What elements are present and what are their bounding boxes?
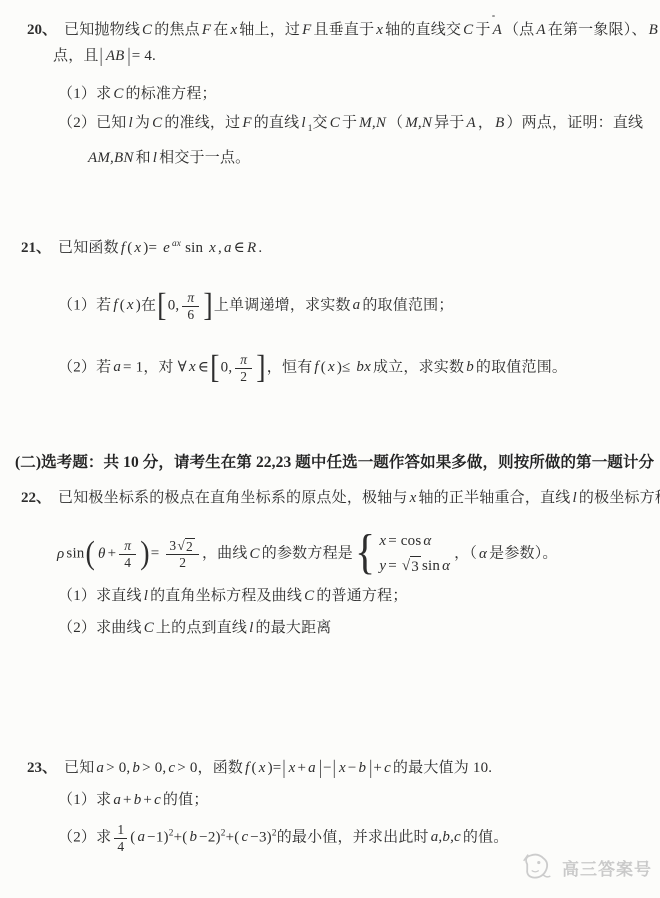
text-run: )≤: [337, 359, 355, 375]
text-run: ,: [218, 240, 222, 256]
q22-part2: （2）求曲线C上的点到直线l的最大距离: [58, 618, 332, 638]
text-run: 异于: [434, 115, 464, 131]
text-run: （1）求: [58, 792, 111, 808]
sqrt-radical: √3: [402, 556, 421, 577]
text-run: 的最大值为 10.: [393, 760, 492, 776]
text-run: 轴的正半轴重合，直线: [418, 490, 570, 506]
abs-bar: |: [282, 754, 285, 781]
math-var: b: [132, 760, 140, 776]
text-run: (: [321, 359, 326, 375]
math-var: B: [495, 115, 504, 131]
text-run: 的准线，过: [164, 115, 240, 131]
q20-stem-line1: 20、已知抛物线C的焦点F在x轴上，过F且垂直于x轴的直线交C于A（点A在第一象…: [27, 20, 660, 40]
text-run: 的取值范围；: [362, 297, 453, 313]
question-number: 20、: [27, 22, 57, 38]
math-var: θ: [98, 546, 106, 562]
q20-part1: （1）求C的标准方程；: [58, 84, 217, 104]
math-var: C: [304, 588, 314, 604]
stretch-bracket: ]: [256, 351, 266, 384]
text-run: （1）求: [58, 86, 111, 102]
q21-stem: 21、已知函数f(x)= eax sin x,a∈R.: [21, 238, 262, 258]
text-run: = cos: [388, 533, 421, 549]
text-run: (: [252, 760, 257, 776]
watermark: 高三答案号: [519, 851, 652, 883]
math-var: x: [189, 359, 196, 375]
math-var: x: [376, 22, 383, 38]
watermark-text: 高三答案号: [562, 855, 652, 880]
fraction: π2: [235, 352, 252, 384]
text-run: )在: [136, 297, 156, 313]
text-run: −3): [250, 829, 272, 845]
exam-page: 20、已知抛物线C的焦点F在x轴上，过F且垂直于x轴的直线交C于A（点A在第一象…: [0, 0, 660, 898]
text-run: ，: [478, 115, 493, 131]
text-run: 的普通方程；: [316, 588, 407, 604]
q20-stem-line2: 点，且|AB|= 4.: [53, 46, 156, 66]
math-var: a: [353, 297, 361, 313]
scan-speck: [492, 15, 495, 17]
text-run: （2）求曲线: [58, 620, 142, 636]
text-run: +: [143, 792, 152, 808]
math-var: x: [127, 297, 134, 313]
math-var: C: [142, 22, 152, 38]
math-var: AB: [106, 48, 125, 64]
text-run: ∈: [198, 359, 209, 375]
math-var: x: [134, 240, 141, 256]
text-run: 在: [213, 22, 228, 38]
math-var: A: [493, 22, 502, 38]
abs-bar: |: [369, 754, 372, 781]
text-run: 成立，求实数: [373, 359, 464, 375]
q21-part2: （2）若a= 1，对 ∀x∈[0,π2]，恒有f(x)≤ bx成立，求实数b的取…: [58, 352, 567, 384]
text-run: 轴上，过: [239, 22, 300, 38]
text-run: 的极坐标方程为: [579, 490, 660, 506]
text-run: 的取值范围。: [476, 359, 567, 375]
math-var: l: [144, 588, 148, 604]
stretch-bracket: ): [140, 538, 150, 571]
stretch-bracket: [: [210, 351, 220, 384]
fraction: π6: [182, 290, 199, 322]
abs-bar: |: [319, 754, 322, 781]
q23-part2: （2）求14(a−1)2+(b−2)2+(c−3)2的最小值，并求出此时a,b,…: [58, 822, 509, 854]
math-var: AM,BN: [88, 150, 134, 166]
text-run: =: [151, 546, 164, 562]
text-run: 的最大距离: [256, 620, 332, 636]
text-run: = 1，对 ∀: [123, 359, 187, 375]
text-run: 交: [313, 115, 328, 131]
math-var: a: [96, 760, 104, 776]
math-var: C: [144, 620, 154, 636]
math-var: l: [249, 620, 253, 636]
text-run: 的值。: [463, 829, 509, 845]
text-run: ∈: [234, 240, 245, 256]
math-var: A: [536, 22, 545, 38]
q23-stem: 23、已知a> 0,b> 0,c> 0，函数f(x)=|x+a|−|x−b|+c…: [27, 758, 492, 778]
fraction: 14: [114, 822, 127, 854]
text-run: 3: [169, 538, 176, 553]
math-var: a: [224, 240, 232, 256]
text-run: 的焦点: [154, 22, 200, 38]
text-run: 2: [186, 539, 193, 554]
text-run: 且垂直于: [313, 22, 374, 38]
math-var: f: [245, 760, 249, 776]
text-run: 在第一象限）、: [548, 22, 647, 38]
text-run: ，（: [454, 546, 477, 562]
text-run: −: [323, 760, 332, 776]
math-var: B: [649, 22, 658, 38]
math-var: l: [301, 115, 305, 131]
text-run: +(: [226, 829, 240, 845]
text-run: 上的点到直线: [156, 620, 247, 636]
math-var: π: [187, 290, 194, 305]
math-var: M,N: [405, 115, 432, 131]
text-run: 1: [117, 822, 124, 837]
math-var: C: [250, 546, 260, 562]
question-number: 21、: [21, 240, 51, 256]
sqrt-radical: √2: [177, 538, 195, 555]
text-run: 6: [187, 307, 194, 322]
math-var: f: [113, 297, 117, 313]
text-run: 于: [342, 115, 357, 131]
text-run: 2: [240, 369, 247, 384]
math-var: C: [330, 115, 340, 131]
text-run: 的直线: [254, 115, 300, 131]
math-var: c: [241, 829, 248, 845]
math-var: b: [358, 760, 366, 776]
text-run: > 0,: [106, 760, 130, 776]
text-run: sin: [66, 546, 84, 562]
abs-bar: |: [128, 42, 131, 69]
text-run: 为: [135, 115, 150, 131]
text-run: 的值；: [163, 792, 209, 808]
text-run: ，恒有: [267, 359, 313, 375]
math-var: l: [129, 115, 133, 131]
text-run: ，曲线: [202, 546, 248, 562]
q20-part2-line1: （2）已知l为C的准线，过F的直线l1交C于M,N（M,N异于A，B）两点，证明…: [58, 113, 643, 136]
math-var: F: [202, 22, 211, 38]
text-run: (: [130, 829, 135, 845]
text-run: +: [108, 546, 117, 562]
math-var: A: [467, 115, 476, 131]
q21-part1: （1）若f(x)在[0,π6]上单调递增，求实数a的取值范围；: [58, 290, 454, 322]
math-var: b: [134, 792, 142, 808]
q22-equation: ρsin(θ+π4)= 3√22，曲线C的参数方程是{x= cosαy= √3s…: [55, 531, 558, 578]
math-var: f: [314, 359, 318, 375]
text-run: =: [388, 558, 401, 574]
math-var: c: [168, 760, 175, 776]
text-run: = 4.: [132, 48, 156, 64]
text-run: )=: [268, 760, 282, 776]
text-run: 0,: [221, 359, 233, 375]
abs-bar: |: [333, 754, 336, 781]
text-run: (: [127, 240, 132, 256]
text-run: 和: [136, 150, 151, 166]
text-run: 的直角坐标方程及曲线: [150, 588, 302, 604]
q20-part2-line2: AM,BN和l相交于一点。: [86, 148, 250, 168]
math-var: α: [442, 558, 450, 574]
math-var: b: [466, 359, 474, 375]
math-var: x: [379, 533, 386, 549]
math-var: C: [152, 115, 162, 131]
text-run: 0,: [168, 297, 180, 313]
text-run: +(: [174, 829, 188, 845]
text-run: （1）求直线: [58, 588, 142, 604]
text-run: 于: [475, 22, 490, 38]
math-var: a: [113, 792, 121, 808]
math-var: bx: [356, 359, 371, 375]
text-run: 3: [411, 559, 419, 575]
text-run: −2): [199, 829, 221, 845]
math-var: x: [289, 760, 296, 776]
math-var: a,b,c: [431, 829, 461, 845]
text-run: 上单调递增，求实数: [214, 297, 351, 313]
text-run: 的参数方程是: [262, 546, 353, 562]
text-run: 已知函数: [58, 240, 119, 256]
text-run: 已知极坐标系的极点在直角坐标系的原点处，极轴与: [58, 490, 408, 506]
math-var: α: [423, 533, 431, 549]
text-run: 是参数）。: [489, 546, 558, 562]
math-var: x: [328, 359, 335, 375]
doodle-mascot-icon: [519, 851, 555, 883]
text-run: sin: [422, 558, 440, 574]
stretch-bracket: (: [86, 538, 96, 571]
math-var: y: [379, 558, 386, 574]
text-run: −: [348, 760, 357, 776]
math-var: x: [259, 760, 266, 776]
text-run: （2）若: [58, 359, 111, 375]
math-var: l: [153, 150, 157, 166]
math-var: x: [410, 490, 417, 506]
math-var: M,N: [359, 115, 386, 131]
text-run: +: [373, 760, 382, 776]
fraction: 3√22: [166, 538, 199, 571]
text-run: +: [298, 760, 307, 776]
math-var: π: [124, 538, 131, 553]
fraction: π4: [119, 538, 136, 570]
math-var: c: [154, 792, 161, 808]
math-var: e: [163, 240, 170, 256]
math-var: π: [240, 352, 247, 367]
math-var: b: [189, 829, 197, 845]
math-var: x: [230, 22, 237, 38]
math-var: x: [339, 760, 346, 776]
text-run: 2: [179, 555, 186, 570]
math-var: a: [113, 359, 121, 375]
text-run: ）两点，证明：直线: [506, 115, 643, 131]
text-run: sin: [181, 240, 207, 256]
abs-bar: |: [100, 42, 103, 69]
text-run: （: [388, 115, 403, 131]
text-run: （2）已知: [58, 115, 127, 131]
text-run: （点: [504, 22, 534, 38]
text-run: （2）求: [58, 829, 111, 845]
math-var: C: [113, 86, 123, 102]
text-run: 4: [117, 839, 124, 854]
text-run: 的最小值，并求出此时: [277, 829, 429, 845]
cases-group: {x= cosαy= √3sinα: [355, 531, 452, 578]
text-run: −1): [147, 829, 169, 845]
math-var: F: [242, 115, 251, 131]
text-run: 点，且: [53, 48, 99, 64]
q22-stem: 22、已知极坐标系的极点在直角坐标系的原点处，极轴与x轴的正半轴重合，直线l的极…: [21, 488, 660, 508]
text-run: > 0，函数: [177, 760, 243, 776]
math-var: R: [247, 240, 256, 256]
text-run: 已知抛物线: [64, 22, 140, 38]
math-var: ρ: [57, 546, 64, 562]
math-var: C: [463, 22, 473, 38]
math-var: x: [209, 240, 216, 256]
question-number: 23、: [27, 760, 57, 776]
math-var: f: [121, 240, 125, 256]
text-run: 4: [124, 555, 131, 570]
section2-header: (二)选考题：共 10 分，请考生在第 22,23 题中任选一题作答如果多做，则…: [15, 453, 654, 474]
math-var: α: [479, 546, 487, 562]
text-run: (: [120, 297, 125, 313]
text-run: > 0,: [142, 760, 166, 776]
q22-part1: （1）求直线l的直角坐标方程及曲线C的普通方程；: [58, 586, 408, 606]
math-var: a: [137, 829, 145, 845]
text-run: 的标准方程；: [126, 86, 217, 102]
stretch-bracket: [: [157, 289, 167, 322]
text-run: 已知: [64, 760, 94, 776]
math-var: l: [573, 490, 577, 506]
text-run: .: [258, 240, 262, 256]
text-run: 相交于一点。: [159, 150, 250, 166]
math-var: c: [384, 760, 391, 776]
text-run: 轴的直线交: [385, 22, 461, 38]
text-run: +: [123, 792, 132, 808]
text-run: （1）若: [58, 297, 111, 313]
q23-part1: （1）求a+b+c的值；: [58, 790, 209, 810]
math-var: a: [308, 760, 316, 776]
question-number: 22、: [21, 490, 51, 506]
math-var: F: [302, 22, 311, 38]
text-run: )=: [143, 240, 161, 256]
superscript: ax: [172, 239, 181, 249]
stretch-bracket: ]: [203, 289, 213, 322]
cases-brace: {: [355, 533, 375, 576]
